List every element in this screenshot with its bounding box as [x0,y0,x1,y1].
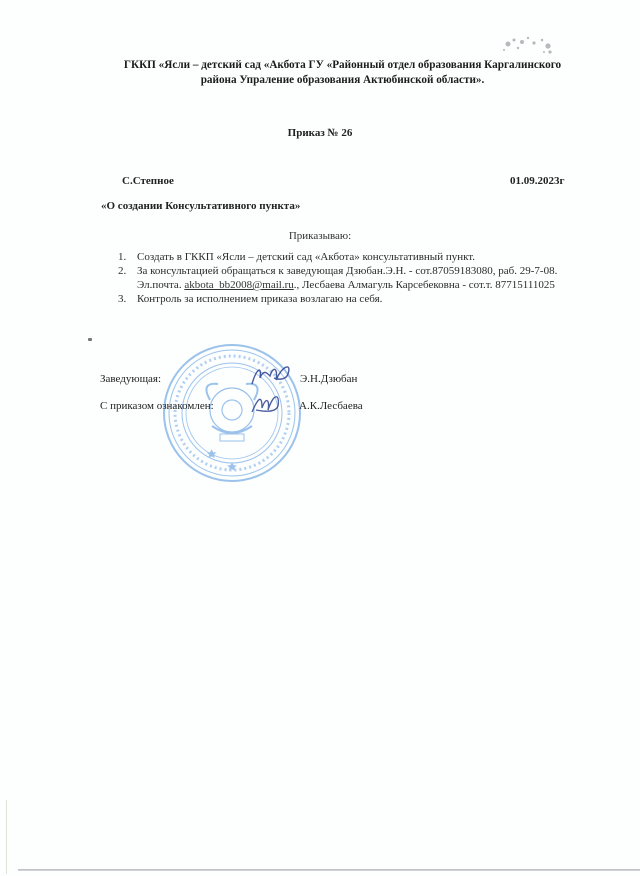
place: С.Степное [122,175,174,187]
signature-name-head: Э.Н.Дзюбан [300,373,357,385]
item-number: 3. [118,292,126,306]
scan-mark [88,338,92,341]
header-line-2: района Упраление образования Актюбинской… [90,73,595,88]
order-item: 2. За консультацией обращаться к заведую… [118,264,557,292]
scan-edge [6,800,7,874]
decree-heading: Приказываю: [0,230,640,242]
order-item: 3. Контроль за исполнением приказа возла… [118,292,557,306]
order-date: 01.09.2023г [510,175,565,187]
signature-label-head: Заведующая: [100,373,161,385]
signature-label-acknowledged: С приказом ознакомлен: [100,400,214,412]
signature-head [248,360,298,393]
item-text-cont-prefix: Эл.почта. [137,279,184,291]
item-text: Создать в ГККП «Ясли – детский сад «Акбо… [137,251,475,263]
scan-bottom-edge [18,869,640,871]
email-link[interactable]: akbota_bb2008@mail.ru [184,279,293,291]
item-number: 1. [118,250,126,264]
item-text: Контроль за исполнением приказа возлагаю… [137,293,382,305]
order-title: Приказ № 26 [0,127,640,139]
signature-name-acknowledged: А.К.Лесбаева [299,400,363,412]
order-items: 1. Создать в ГККП «Ясли – детский сад «А… [118,250,557,306]
item-text: За консультацией обращаться к заведующая… [137,265,557,277]
item-text-cont-suffix: ., Лесбаева Алмагуль Карсебековна - сот.… [294,279,555,291]
signature-acknowledged [248,390,288,421]
order-subject: «О создании Консультативного пункта» [101,200,300,212]
item-number: 2. [118,264,126,278]
document-header: ГККП «Ясли – детский сад «Акбота ГУ «Рай… [90,58,595,88]
order-item: 1. Создать в ГККП «Ясли – детский сад «А… [118,250,557,264]
header-line-1: ГККП «Ясли – детский сад «Акбота ГУ «Рай… [90,58,595,73]
scan-speck [498,30,588,60]
